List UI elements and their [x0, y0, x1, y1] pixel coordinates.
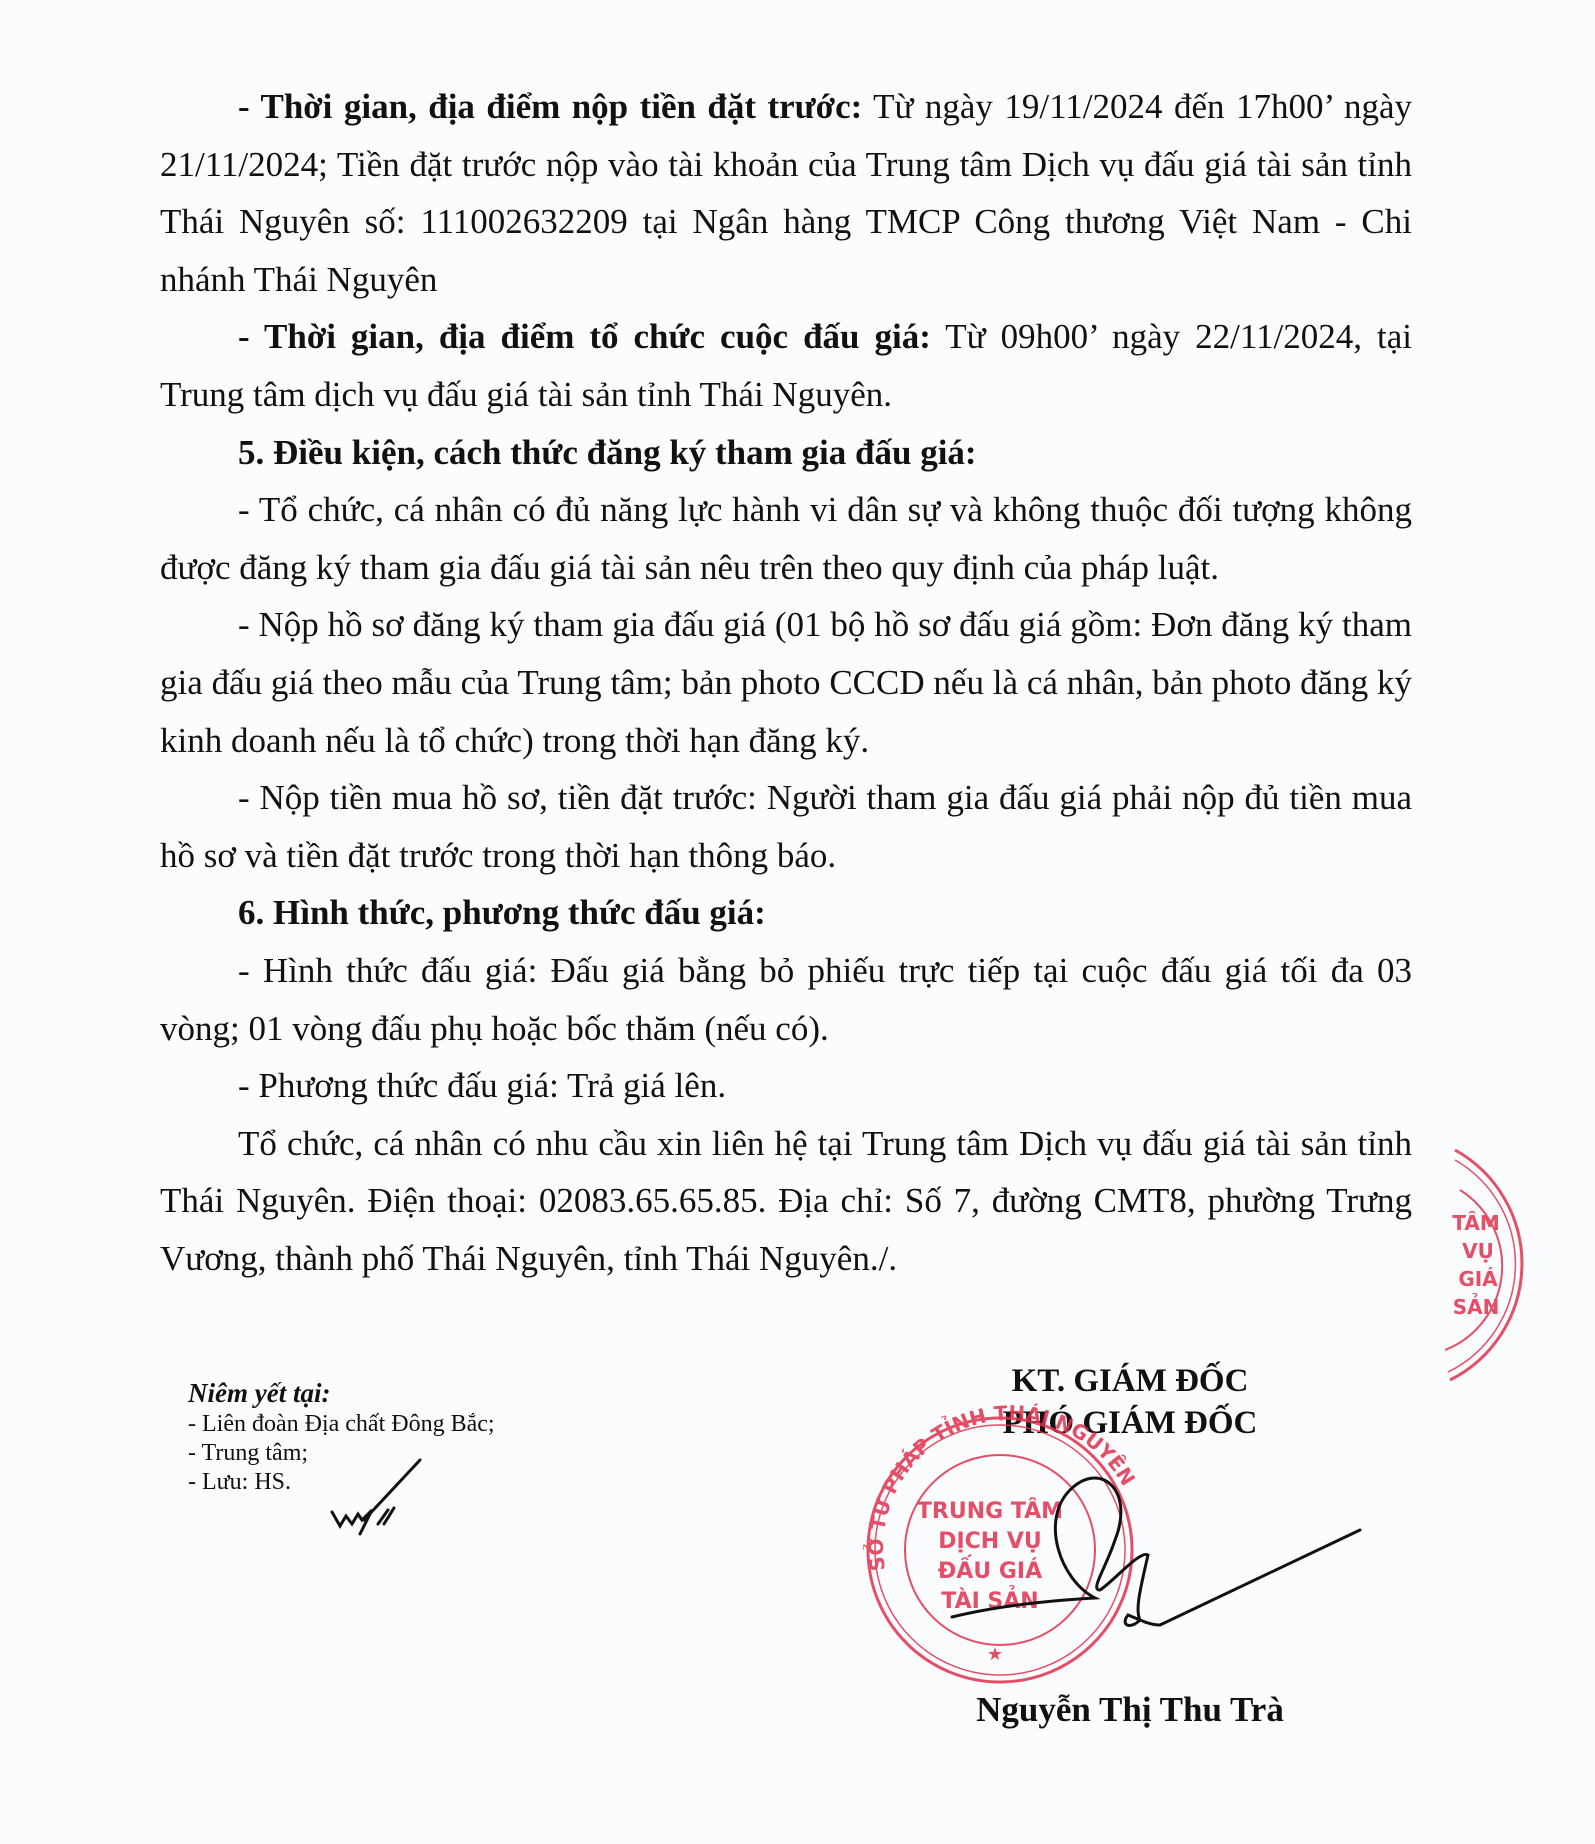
section-6-item: - Hình thức đấu giá: Đấu giá bằng bỏ phi… — [160, 942, 1412, 1057]
paragraph-label: - Thời gian, địa điểm tổ chức cuộc đấu g… — [238, 317, 931, 356]
director-signature-icon — [952, 1478, 1360, 1625]
recipient-item: - Lưu: HS. — [188, 1468, 495, 1497]
auction-time-paragraph: - Thời gian, địa điểm tổ chức cuộc đấu g… — [160, 308, 1412, 423]
contact-paragraph: Tổ chức, cá nhân có nhu cầu xin liên hệ … — [160, 1115, 1412, 1288]
svg-text:SẢN: SẢN — [1453, 1294, 1500, 1319]
recipient-item: - Liên đoàn Địa chất Đông Bắc; — [188, 1410, 495, 1439]
recipients-title: Niêm yết tại: — [188, 1376, 495, 1410]
recipients-block: Niêm yết tại: - Liên đoàn Địa chất Đông … — [188, 1376, 495, 1497]
svg-text:TRUNG TÂM: TRUNG TÂM — [917, 1498, 1063, 1524]
document-page: - Thời gian, địa điểm nộp tiền đặt trước… — [0, 0, 1595, 1844]
svg-text:TÂM: TÂM — [1452, 1211, 1499, 1235]
section-5-item: - Nộp hồ sơ đăng ký tham gia đấu giá (01… — [160, 596, 1412, 769]
svg-text:ĐẤU GIÁ: ĐẤU GIÁ — [938, 1555, 1042, 1584]
signer-name: Nguyễn Thị Thu Trà — [880, 1690, 1380, 1730]
section-6-item: - Phương thức đấu giá: Trả giá lên. — [160, 1057, 1412, 1115]
svg-text:TÀI SẢN: TÀI SẢN — [941, 1586, 1038, 1614]
paragraph-label: - Thời gian, địa điểm nộp tiền đặt trước… — [238, 87, 862, 126]
svg-text:★: ★ — [987, 1644, 1003, 1665]
svg-text:VỤ: VỤ — [1462, 1239, 1494, 1263]
svg-text:DỊCH VỤ: DỊCH VỤ — [938, 1529, 1042, 1554]
section-6-heading: 6. Hình thức, phương thức đấu giá: — [160, 884, 1412, 942]
signature-block: KT. GIÁM ĐỐC PHÓ GIÁM ĐỐC — [880, 1360, 1380, 1444]
section-5-heading: 5. Điều kiện, cách thức đăng ký tham gia… — [160, 424, 1412, 482]
section-5-item: - Tổ chức, cá nhân có đủ năng lực hành v… — [160, 481, 1412, 596]
section-5-item: - Nộp tiền mua hồ sơ, tiền đặt trước: Ng… — [160, 769, 1412, 884]
signature-title-line1: KT. GIÁM ĐỐC — [880, 1360, 1380, 1402]
svg-text:GIÁ: GIÁ — [1458, 1267, 1498, 1291]
deposit-time-paragraph: - Thời gian, địa điểm nộp tiền đặt trước… — [160, 78, 1412, 308]
signature-title-line2: PHÓ GIÁM ĐỐC — [880, 1402, 1380, 1444]
document-body: - Thời gian, địa điểm nộp tiền đặt trước… — [160, 78, 1412, 1287]
edge-stamp-icon: TÂM VỤ GIÁ SẢN — [1445, 1150, 1522, 1380]
recipient-item: - Trung tâm; — [188, 1439, 495, 1468]
